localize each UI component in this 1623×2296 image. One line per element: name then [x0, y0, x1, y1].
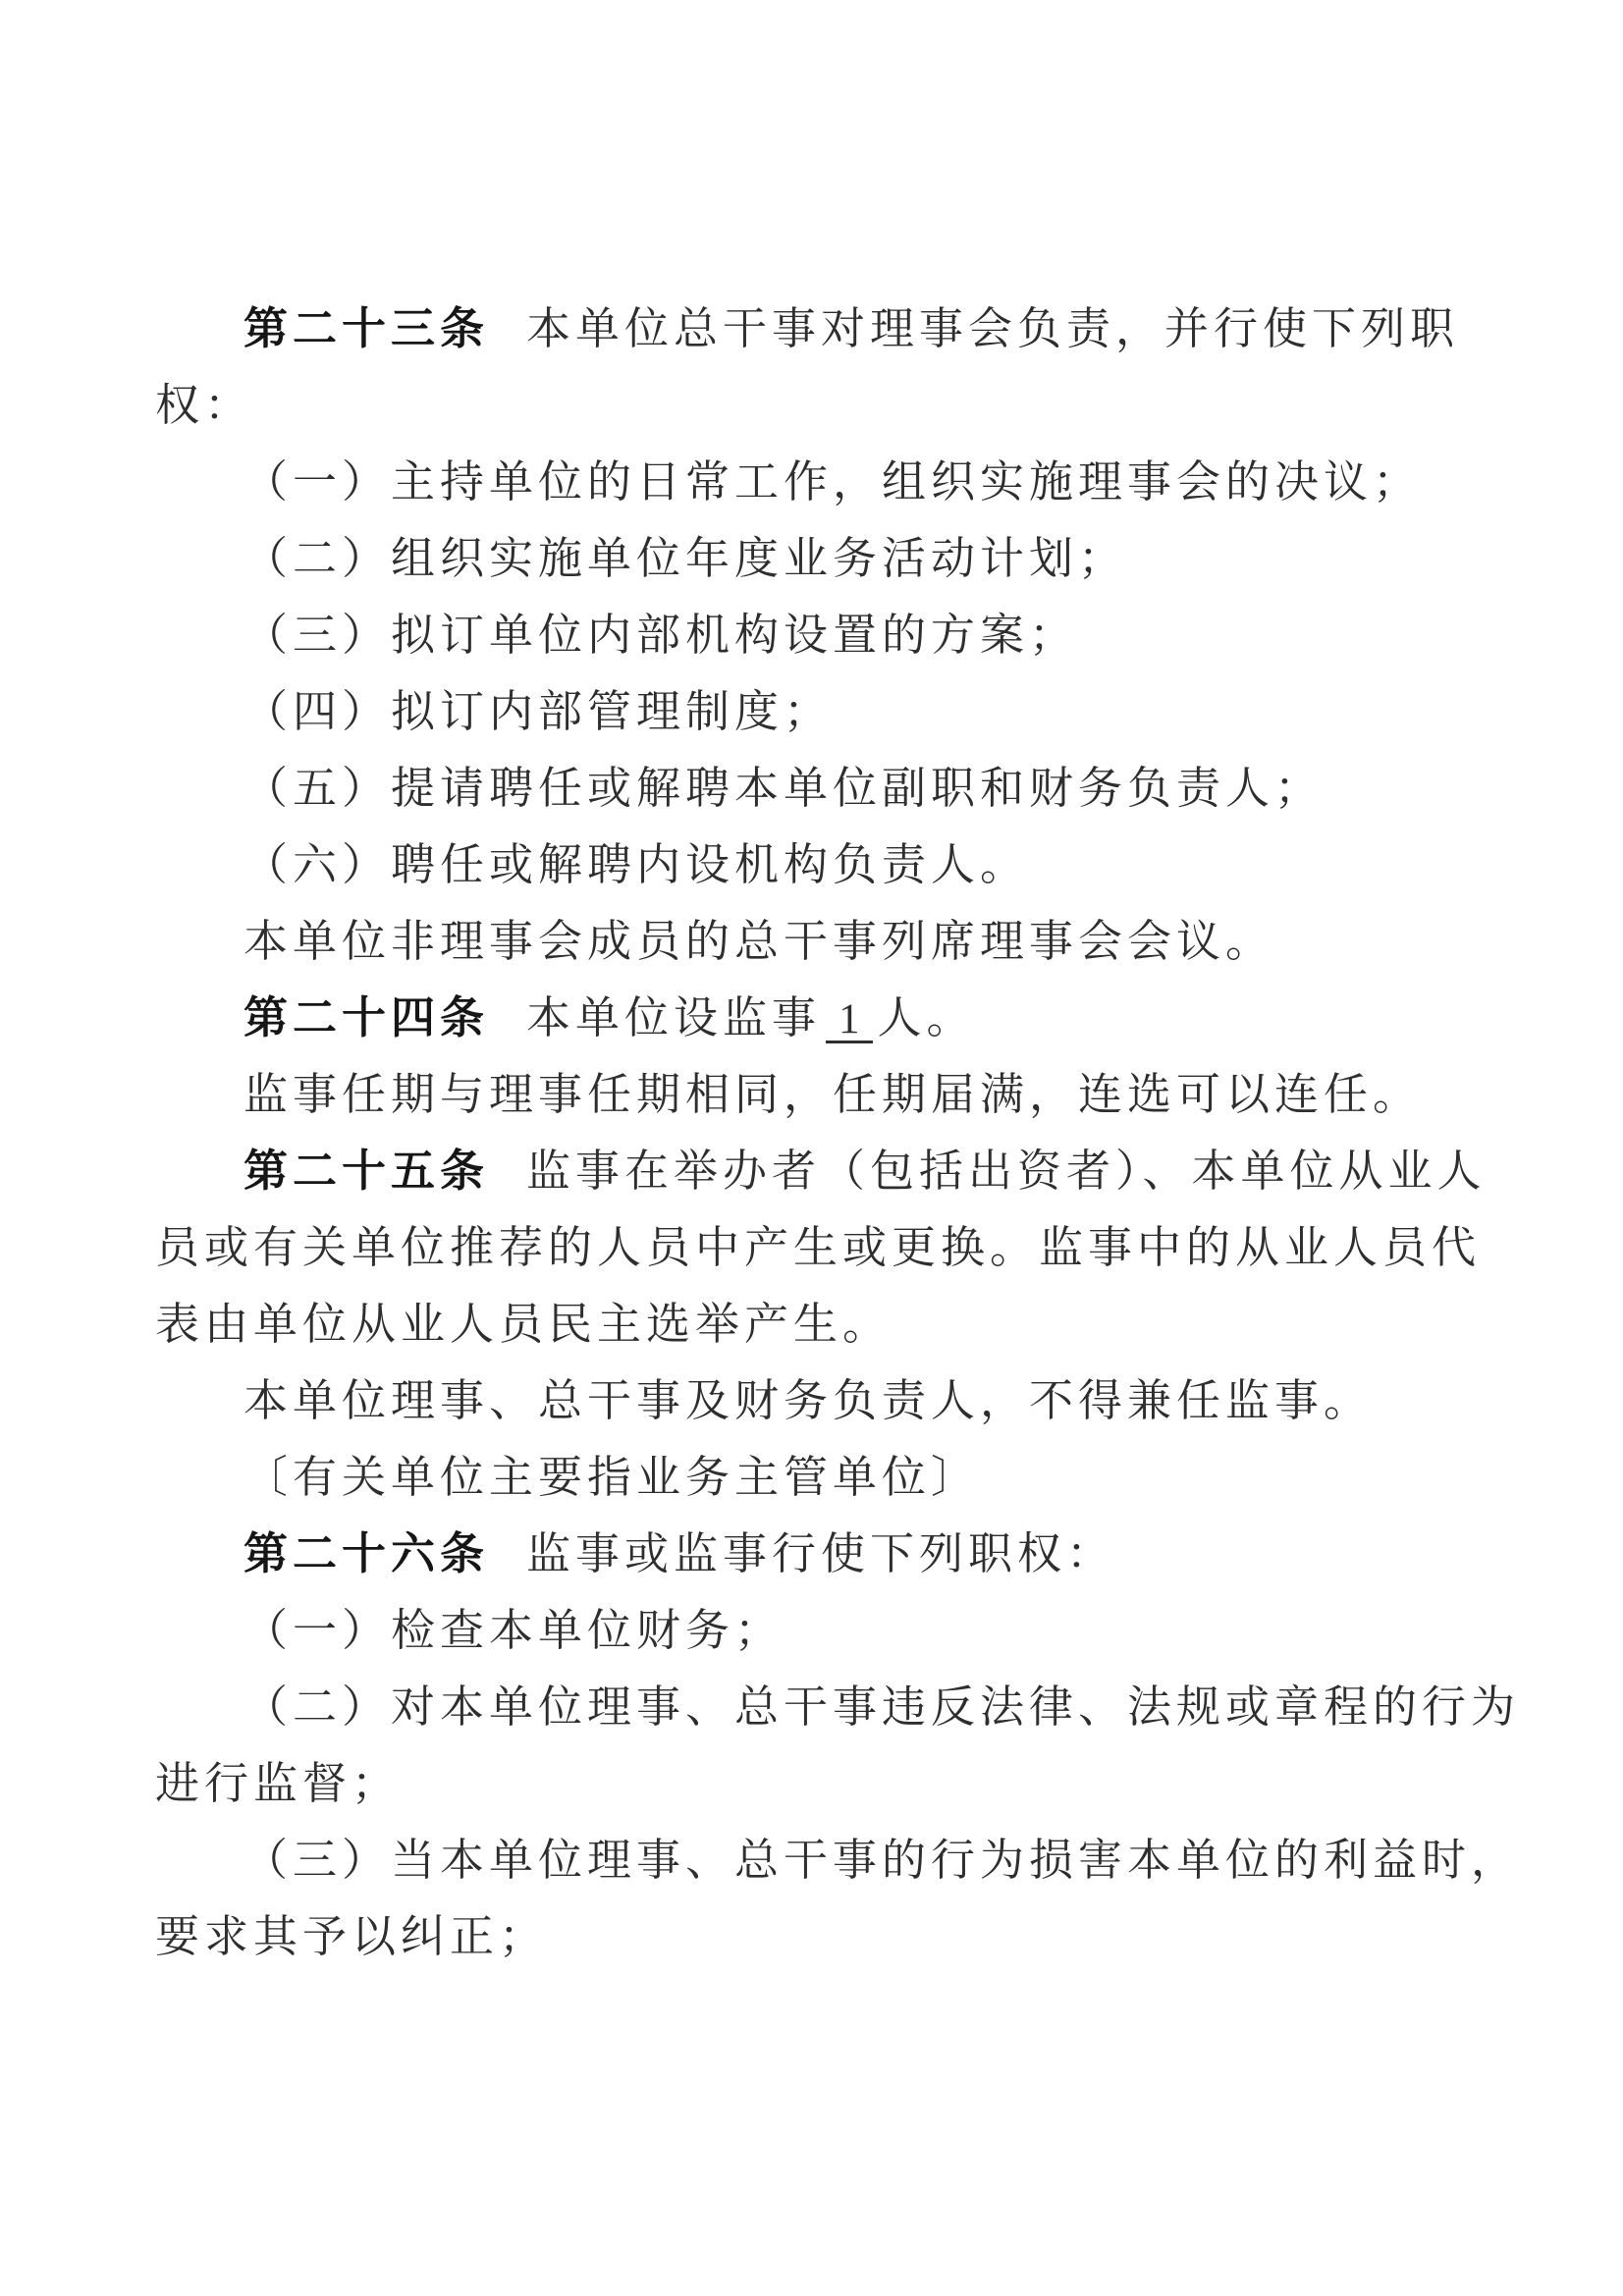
article-26-heading-line: 第二十六条监事或监事行使下列职权： — [155, 1516, 1490, 1592]
article-25-note: 本单位理事、总干事及财务负责人，不得兼任监事。 — [155, 1362, 1490, 1439]
line-text: （二）组织实施单位年度业务活动计划； — [243, 534, 1127, 583]
line-text: （一）主持单位的日常工作，组织实施理事会的决议； — [243, 457, 1422, 507]
supervisor-count-underlined-value: 1 — [826, 998, 873, 1043]
line-text: 表由单位从业人员民主选举产生。 — [155, 1300, 892, 1349]
line-text: 监事任期与理事任期相同，任期届满，连选可以连任。 — [243, 1070, 1422, 1119]
article-23-item-2: （二）组织实施单位年度业务活动计划； — [155, 520, 1490, 597]
article-26-item-2-line-1: （二）对本单位理事、总干事违反法律、法规或章程的行为 — [155, 1669, 1490, 1745]
article-23-item-3: （三）拟订单位内部机构设置的方案； — [155, 597, 1490, 673]
article-26-item-3-line-2: 要求其予以纠正； — [155, 1898, 1490, 1975]
article-25-line-2: 员或有关单位推荐的人员中产生或更换。监事中的从业人员代 — [155, 1209, 1490, 1286]
article-26-item-3-line-1: （三）当本单位理事、总干事的行为损害本单位的利益时， — [155, 1822, 1490, 1898]
line-text: （一）检查本单位财务； — [243, 1606, 784, 1655]
line-text: 本单位总干事对理事会负责，并行使下列职 — [526, 304, 1459, 353]
line-text: （三）拟订单位内部机构设置的方案； — [243, 611, 1078, 660]
line-text: 〔有关单位主要指业务主管单位〕 — [243, 1453, 980, 1502]
line-text: 本单位非理事会成员的总干事列席理事会会议。 — [243, 917, 1274, 966]
line-text: 员或有关单位推荐的人员中产生或更换。监事中的从业人员代 — [155, 1223, 1481, 1272]
line-text: 权： — [155, 381, 253, 430]
charter-text-block: 第二十三条本单位总干事对理事会负责，并行使下列职 权： （一）主持单位的日常工作… — [155, 291, 1490, 1975]
article-23-item-1: （一）主持单位的日常工作，组织实施理事会的决议； — [155, 444, 1490, 520]
article-25-line-1: 第二十五条监事在举办者（包括出资者）、本单位从业人 — [155, 1133, 1490, 1209]
article-25-line-3: 表由单位从业人员民主选举产生。 — [155, 1286, 1490, 1362]
article-24-number: 第二十四条 — [243, 993, 489, 1042]
article-23-number: 第二十三条 — [243, 304, 489, 353]
article-23-item-5: （五）提请聘任或解聘本单位副职和财务负责人； — [155, 750, 1490, 827]
article-25-bracket-note: 〔有关单位主要指业务主管单位〕 — [155, 1439, 1490, 1516]
article-25-number: 第二十五条 — [243, 1147, 489, 1196]
article-24-line: 第二十四条本单位设监事1人。 — [155, 980, 1490, 1056]
article-23-heading-line-1: 第二十三条本单位总干事对理事会负责，并行使下列职 — [155, 291, 1490, 367]
article-24-note: 监事任期与理事任期相同，任期届满，连选可以连任。 — [155, 1056, 1490, 1133]
line-text: 监事在举办者（包括出资者）、本单位从业人 — [526, 1147, 1487, 1196]
line-text: （二）对本单位理事、总干事违反法律、法规或章程的行为 — [243, 1682, 1520, 1732]
line-text: 要求其予以纠正； — [155, 1912, 548, 1961]
line-text: 人。 — [878, 993, 976, 1042]
article-26-number: 第二十六条 — [243, 1529, 489, 1578]
line-text: 进行监督； — [155, 1759, 401, 1808]
line-text: 监事或监事行使下列职权： — [526, 1529, 1115, 1578]
document-page: 第二十三条本单位总干事对理事会负责，并行使下列职 权： （一）主持单位的日常工作… — [0, 0, 1623, 2296]
article-23-item-4: （四）拟订内部管理制度； — [155, 673, 1490, 750]
article-23-note: 本单位非理事会成员的总干事列席理事会会议。 — [155, 903, 1490, 980]
line-text: 本单位理事、总干事及财务负责人，不得兼任监事。 — [243, 1376, 1373, 1425]
article-26-item-1: （一）检查本单位财务； — [155, 1592, 1490, 1669]
line-text: （六）聘任或解聘内设机构负责人。 — [243, 840, 1029, 889]
article-23-heading-line-2: 权： — [155, 367, 1490, 444]
article-23-item-6: （六）聘任或解聘内设机构负责人。 — [155, 827, 1490, 903]
line-text: （三）当本单位理事、总干事的行为损害本单位的利益时， — [243, 1836, 1520, 1885]
line-text: （四）拟订内部管理制度； — [243, 687, 833, 736]
article-26-item-2-line-2: 进行监督； — [155, 1745, 1490, 1822]
line-text: （五）提请聘任或解聘本单位副职和财务负责人； — [243, 764, 1324, 813]
line-text: 本单位设监事 — [526, 993, 821, 1042]
